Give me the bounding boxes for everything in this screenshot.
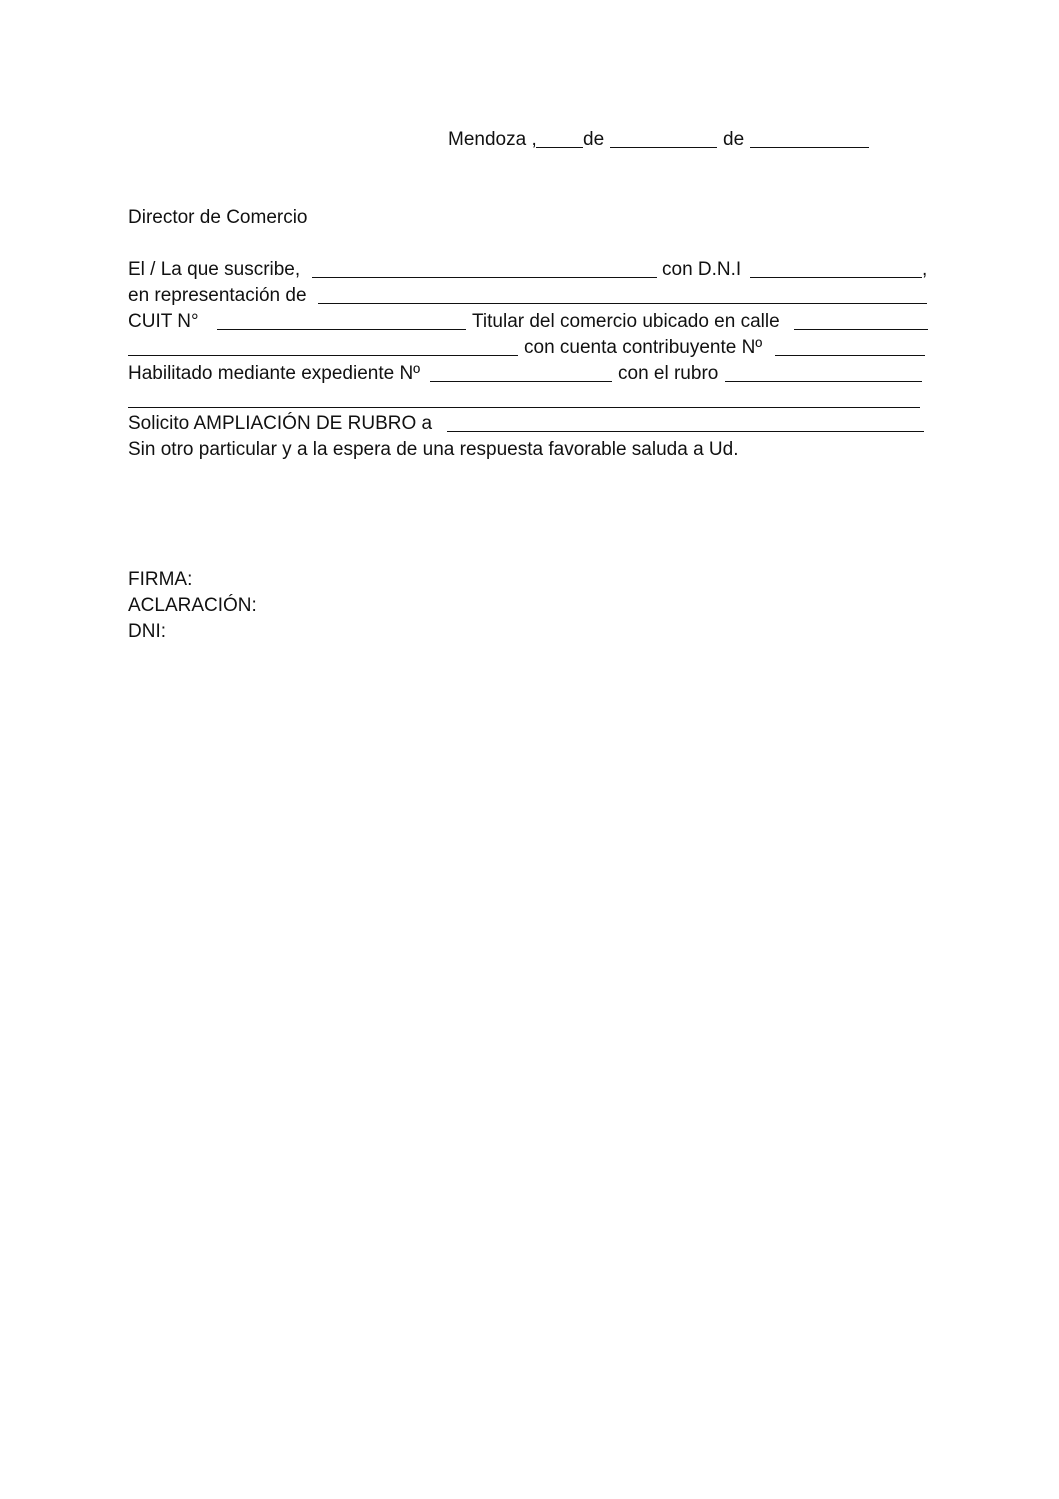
extension-request-field[interactable]	[447, 431, 924, 432]
representation-field[interactable]	[318, 303, 927, 304]
street-label: Titular del comercio ubicado en calle	[472, 311, 780, 333]
subscriber-label: El / La que suscribe,	[128, 259, 300, 281]
signature-dni-label: DNI:	[128, 621, 166, 643]
dni-label: con D.N.I	[662, 259, 741, 281]
category-label: con el rubro	[618, 363, 718, 385]
file-number-field[interactable]	[430, 381, 612, 382]
extension-request-label: Solicito AMPLIACIÓN DE RUBRO a	[128, 413, 432, 435]
subscriber-name-field[interactable]	[312, 277, 657, 278]
street-field-2[interactable]	[128, 355, 518, 356]
representation-label: en representación de	[128, 285, 307, 307]
taxpayer-account-label: con cuenta contribuyente Nº	[524, 337, 762, 359]
taxpayer-account-field[interactable]	[775, 355, 925, 356]
de-label-2: de	[723, 129, 744, 151]
signature-label: FIRMA:	[128, 569, 192, 591]
city-label: Mendoza ,	[448, 129, 537, 151]
category-field-1[interactable]	[725, 381, 922, 382]
closing-text: Sin otro particular y a la espera de una…	[128, 439, 738, 461]
year-field[interactable]	[750, 147, 869, 148]
file-number-label: Habilitado mediante expediente Nº	[128, 363, 420, 385]
cuit-field[interactable]	[217, 329, 466, 330]
street-field-1[interactable]	[794, 329, 928, 330]
recipient: Director de Comercio	[128, 207, 308, 229]
month-field[interactable]	[610, 147, 717, 148]
comma: ,	[922, 259, 927, 281]
category-field-2[interactable]	[128, 407, 920, 408]
de-label-1: de	[583, 129, 604, 151]
cuit-label: CUIT N°	[128, 311, 199, 333]
day-field[interactable]	[536, 147, 583, 148]
clarification-label: ACLARACIÓN:	[128, 595, 257, 617]
dni-field[interactable]	[750, 277, 922, 278]
